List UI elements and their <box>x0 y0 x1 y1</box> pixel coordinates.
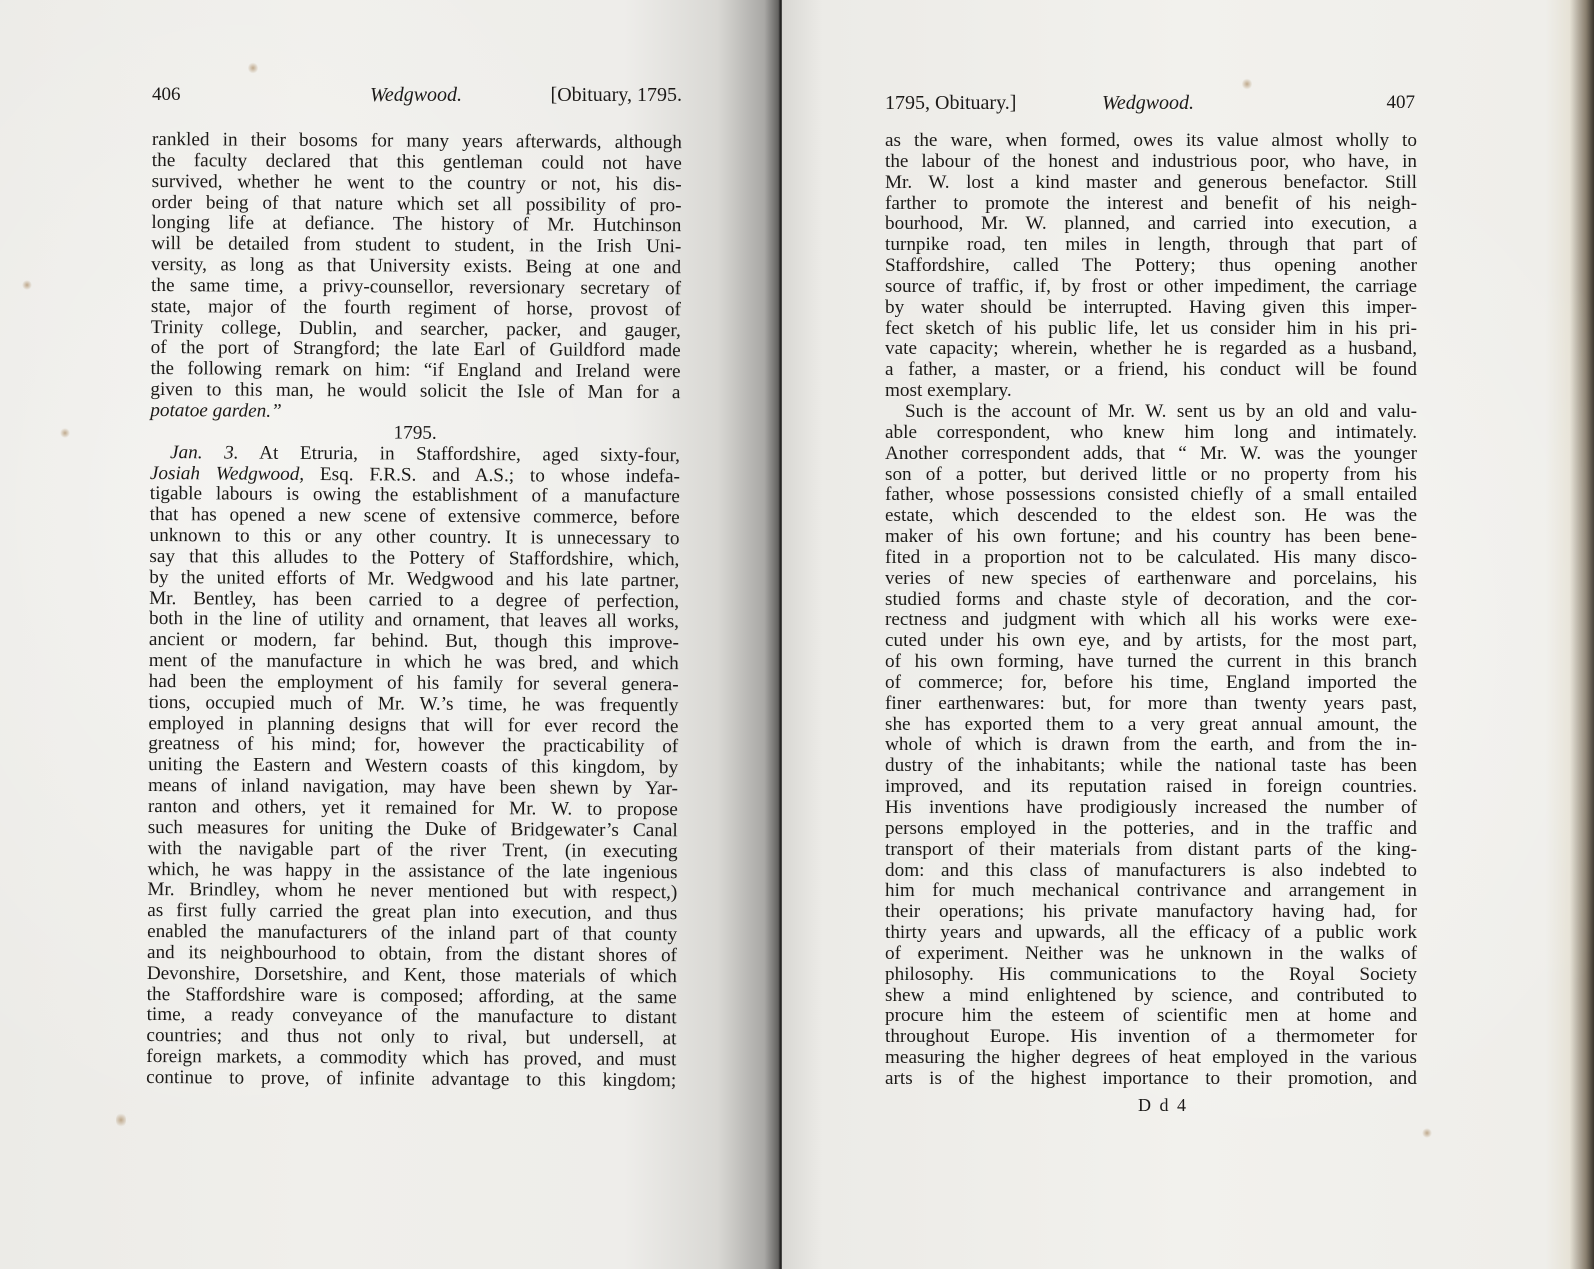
subject-name: Josiah Wedgwood, <box>150 462 304 484</box>
text-line: him for much mechanical contrivance and … <box>885 881 1417 902</box>
text-line: rectness and judgment with which all his… <box>885 610 1417 631</box>
text-line: maker of his own fortune; and his countr… <box>885 527 1417 548</box>
left-running-head: 406 Wedgwood. [Obituary, 1795. <box>152 84 682 112</box>
page-number: 407 <box>1387 92 1416 114</box>
text-line: by water should be interrupted. Having g… <box>885 298 1417 319</box>
text-line: measuring the higher degrees of heat emp… <box>885 1048 1417 1069</box>
text-line: arts is of the highest importance to the… <box>885 1069 1417 1090</box>
text-line: their operations; his private manufactor… <box>885 902 1417 923</box>
page-number: 406 <box>152 84 181 106</box>
text-line: as the ware, when formed, owes its value… <box>885 131 1417 152</box>
right-page-text: as the ware, when formed, owes its value… <box>885 131 1417 1090</box>
section-label: 1795, Obituary.] <box>885 92 1016 115</box>
text-line: fect sketch of his public life, let us c… <box>885 319 1417 340</box>
text-line: transport of their materials from distan… <box>885 840 1417 861</box>
text-line: procure him the esteem of scientific men… <box>885 1006 1417 1027</box>
text-line: bourhood, Mr. W. planned, and carried in… <box>885 214 1417 235</box>
text-line: son of a potter, but derived little or n… <box>885 465 1417 486</box>
text-line: the labour of the honest and industrious… <box>885 152 1417 173</box>
text-line: cuted under his own eye, and by artists,… <box>885 631 1417 652</box>
text-line: farther to promote the interest and bene… <box>885 194 1417 215</box>
right-running-head: 1795, Obituary.] Wedgwood. 407 <box>885 92 1415 120</box>
text-line: turnpike road, ten miles in length, thro… <box>885 235 1417 256</box>
text-line: source of traffic, if, by frost or other… <box>885 277 1417 298</box>
text-line: improved, and its reputation raised in f… <box>885 777 1417 798</box>
signature-mark: D d 4 <box>1138 1095 1188 1116</box>
text-line: of his own forming, have turned the curr… <box>885 652 1417 673</box>
text-line: His inventions have prodigiously increas… <box>885 798 1417 819</box>
text-line: of commerce; for, before his time, Engla… <box>885 673 1417 694</box>
text-line: whole of which is drawn from the earth, … <box>885 735 1417 756</box>
text-line: estate, which descended to the eldest so… <box>885 506 1417 527</box>
text-line: fited in a proportion not to be calculat… <box>885 548 1417 569</box>
text-line: Mr. W. lost a kind master and generous b… <box>885 173 1417 194</box>
text-line: Staffordshire, called The Pottery; thus … <box>885 256 1417 277</box>
text-line: able correspondent, who knew him long an… <box>885 423 1417 444</box>
text-line: studied forms and chaste style of decora… <box>885 590 1417 611</box>
text-line: Such is the account of Mr. W. sent us by… <box>885 402 1417 423</box>
text-line: father, whose possessions consisted chie… <box>885 485 1417 506</box>
book-spread: 406 Wedgwood. [Obituary, 1795. rankled i… <box>0 0 1594 1269</box>
left-page-text: rankled in their bosoms for many years a… <box>146 130 682 1092</box>
foxing-spot <box>60 428 70 438</box>
text-line: potatoe garden.” <box>150 401 680 425</box>
text-line: dustry of the inhabitants; while the nat… <box>885 756 1417 777</box>
text-line: most exemplary. <box>885 381 1417 402</box>
entry-text: At Etruria, in Staffordshire, aged sixty… <box>238 442 680 466</box>
text-line: continue to prove, of infinite advantage… <box>146 1068 676 1092</box>
foxing-spot <box>1242 78 1252 90</box>
text-line: persons employed in the potteries, and i… <box>885 819 1417 840</box>
text-line: vate capacity; wherein, whether he is re… <box>885 339 1417 360</box>
section-label: [Obituary, 1795. <box>551 84 682 107</box>
text-line: veries of new species of earthenware and… <box>885 569 1417 590</box>
text-line: Another correspondent adds, that “ Mr. W… <box>885 444 1417 465</box>
text-line: finer earthenwares: but, for more than t… <box>885 694 1417 715</box>
text-line: a father, a master, or a friend, his con… <box>885 360 1417 381</box>
running-title: Wedgwood. <box>1102 92 1194 115</box>
running-title: Wedgwood. <box>370 84 462 107</box>
text-line: philosophy. His communications to the Ro… <box>885 965 1417 986</box>
text-line: thirty years and upwards, all the effica… <box>885 923 1417 944</box>
foxing-spot <box>116 1112 126 1128</box>
text-line: of experiment. Neither was he unknown in… <box>885 944 1417 965</box>
foxing-spot <box>248 62 258 74</box>
text-line: shew a mind enlightened by science, and … <box>885 986 1417 1007</box>
text-line: throughout Europe. His invention of a th… <box>885 1027 1417 1048</box>
foxing-spot <box>1422 1128 1432 1138</box>
entry-text: Esq. F.R.S. and A.S.; to whose indefa- <box>304 463 680 486</box>
entry-date: Jan. 3. <box>170 442 239 463</box>
foxing-spot <box>22 280 32 290</box>
text-line: dom: and this class of manufacturers is … <box>885 861 1417 882</box>
text-line: she has exported them to a very great an… <box>885 715 1417 736</box>
